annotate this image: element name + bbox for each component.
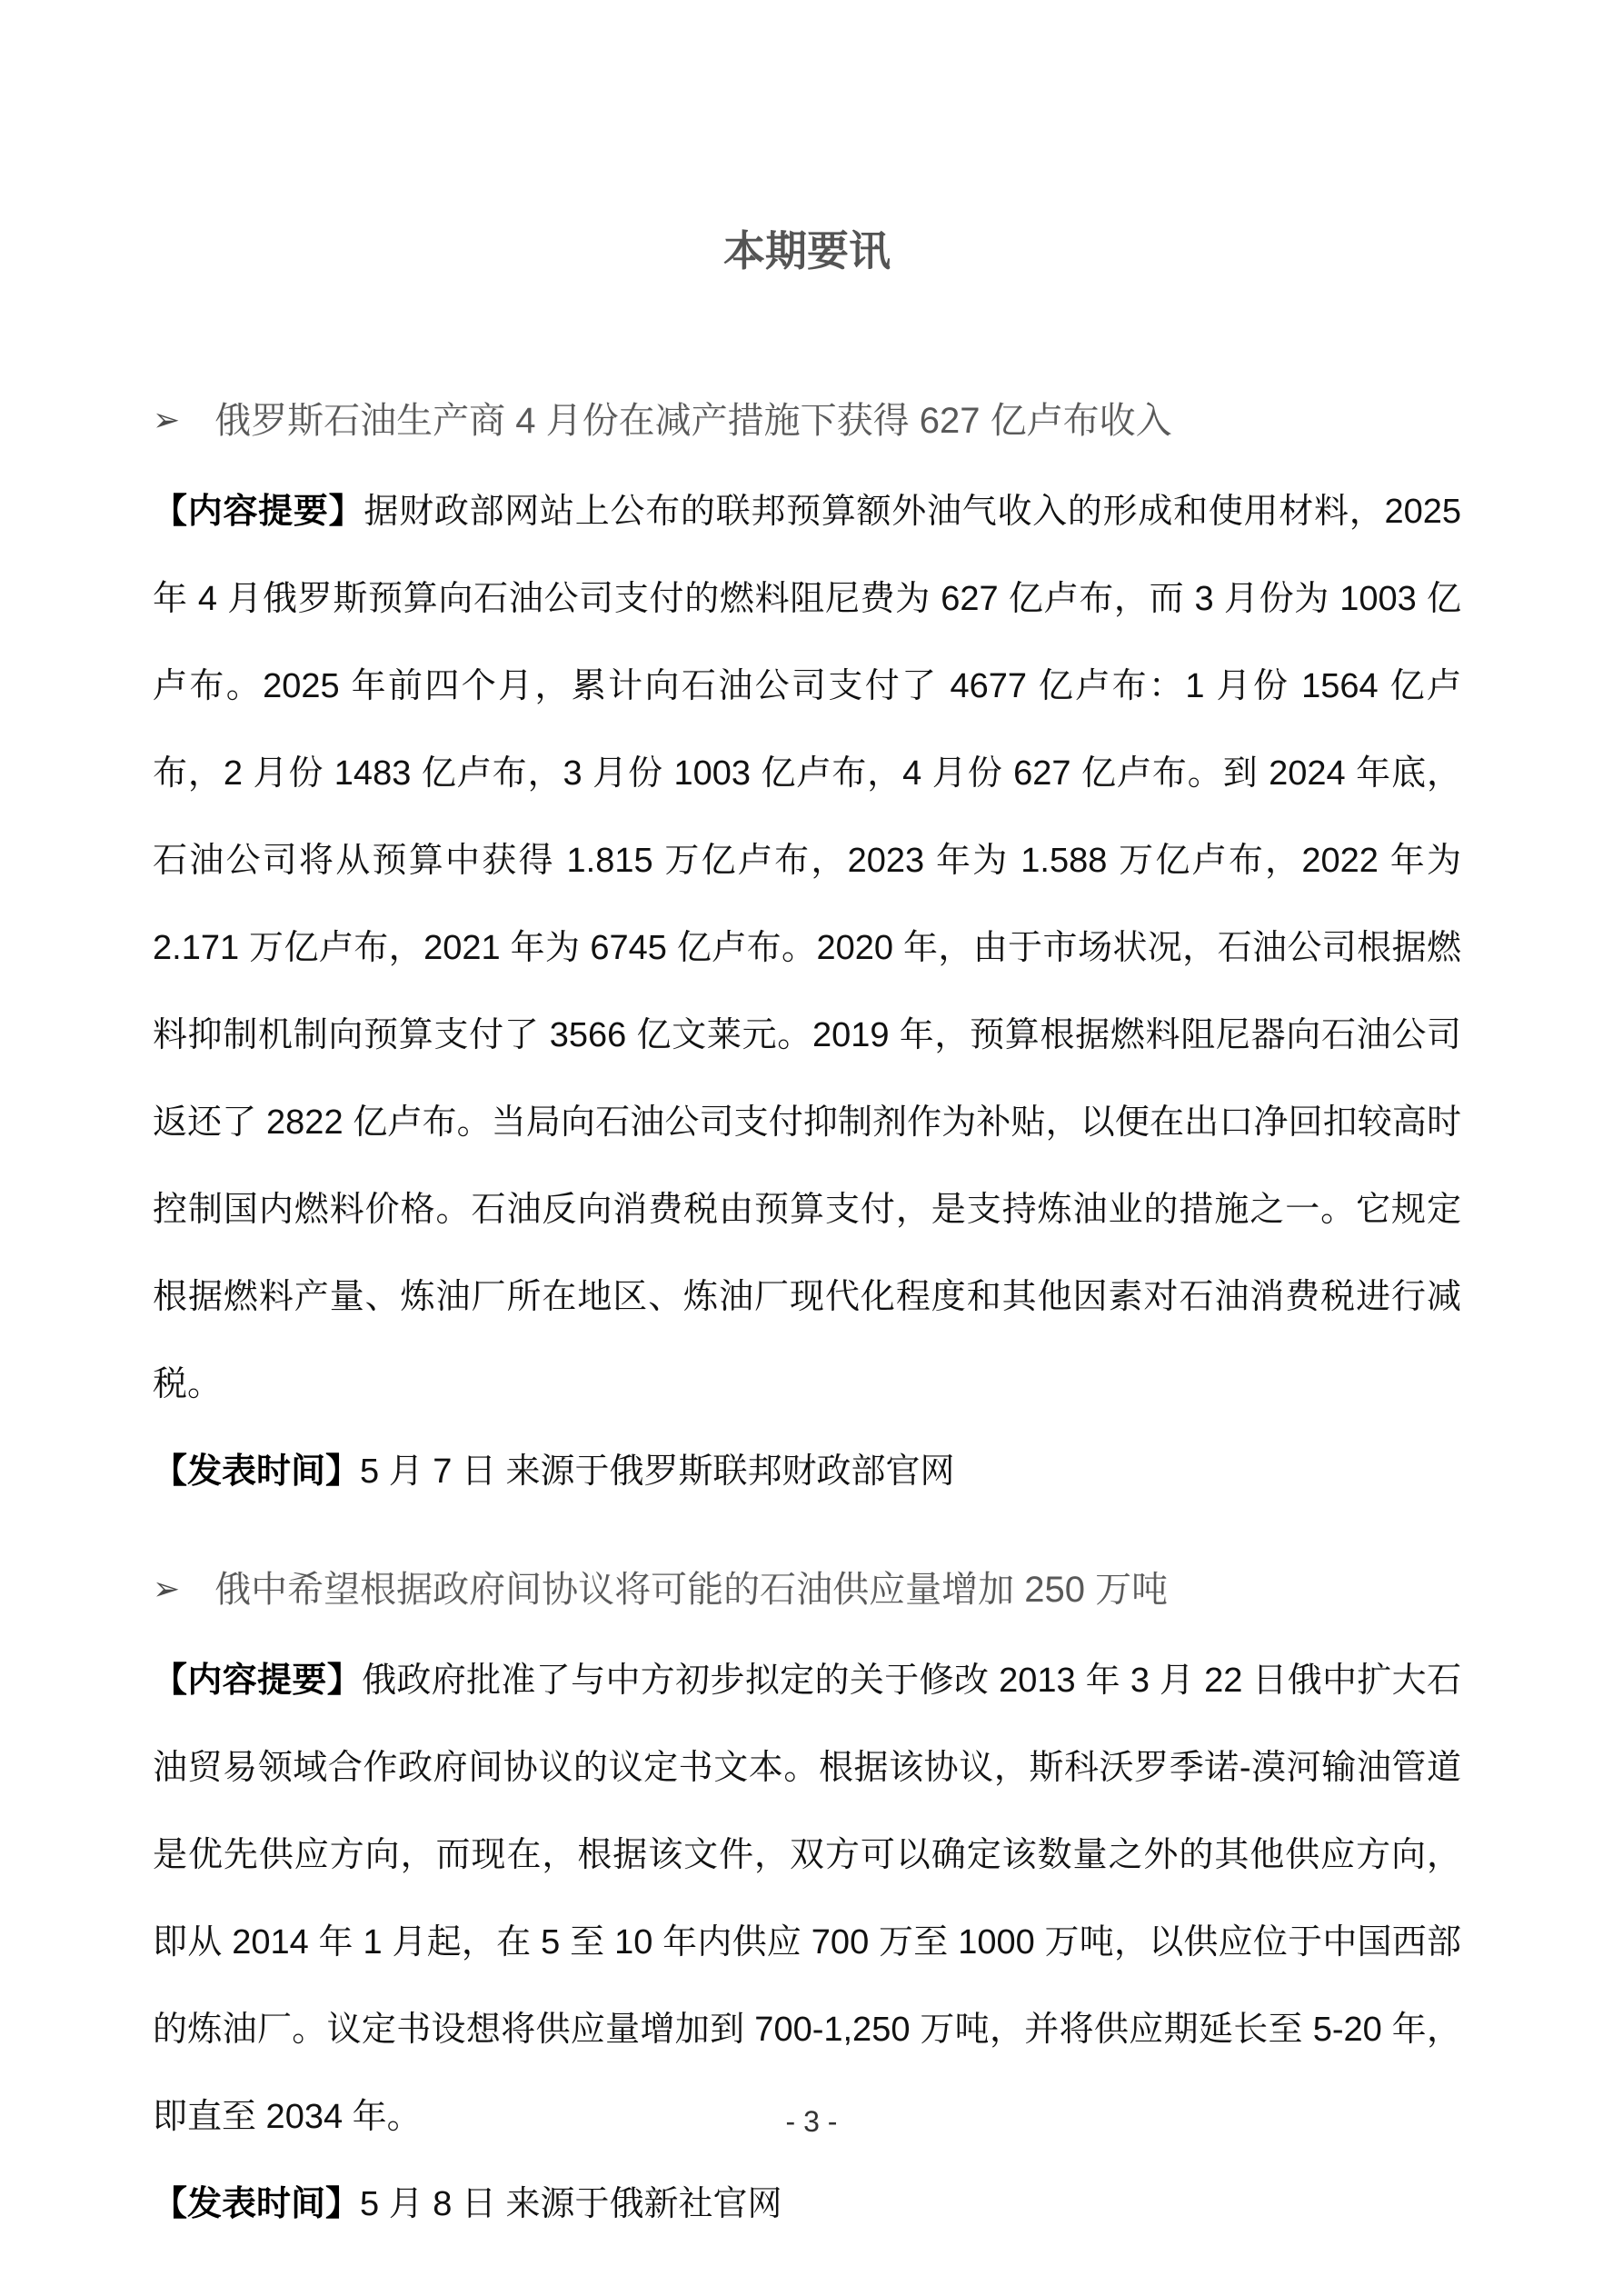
date-line: 【发表时间】5 月 7 日 来源于俄罗斯联邦财政部官网	[153, 1428, 1461, 1515]
date-line: 【发表时间】5 月 8 日 来源于俄新社官网	[153, 2161, 1461, 2248]
document-page: 本期要讯 ➢俄罗斯石油生产商 4 月份在减产措施下获得 627 亿卢布收入 【内…	[0, 0, 1623, 2296]
summary-paragraph: 【内容提要】据财政部网站上公布的联邦预算额外油气收入的形成和使用材料，2025 …	[153, 468, 1461, 1428]
arrow-bullet-icon: ➢	[153, 400, 180, 440]
news-section-1: ➢俄罗斯石油生产商 4 月份在减产措施下获得 627 亿卢布收入 【内容提要】据…	[153, 401, 1461, 1515]
section-heading-text: 俄罗斯石油生产商 4 月份在减产措施下获得 627 亿卢布收入	[214, 401, 1171, 441]
page-title: 本期要讯	[153, 230, 1461, 272]
summary-label: 【内容提要】	[153, 493, 363, 531]
news-section-2: ➢俄中希望根据政府间协议将可能的石油供应量增加 250 万吨 【内容提要】俄政府…	[153, 1570, 1461, 2248]
date-label: 【发表时间】	[153, 2185, 360, 2223]
summary-label: 【内容提要】	[153, 1662, 362, 1700]
section-heading-text: 俄中希望根据政府间协议将可能的石油供应量增加 250 万吨	[214, 1570, 1168, 1610]
date-text: 5 月 8 日 来源于俄新社官网	[360, 2185, 782, 2223]
arrow-bullet-icon: ➢	[153, 1569, 180, 1609]
summary-text: 据财政部网站上公布的联邦预算额外油气收入的形成和使用材料，2025 年 4 月俄…	[153, 493, 1461, 1403]
section-heading-1: ➢俄罗斯石油生产商 4 月份在减产措施下获得 627 亿卢布收入	[153, 401, 1461, 442]
section-heading-2: ➢俄中希望根据政府间协议将可能的石油供应量增加 250 万吨	[153, 1570, 1461, 1611]
summary-paragraph: 【内容提要】俄政府批准了与中方初步拟定的关于修改 2013 年 3 月 22 日…	[153, 1637, 1461, 2161]
date-label: 【发表时间】	[153, 1452, 360, 1491]
date-text: 5 月 7 日 来源于俄罗斯联邦财政部官网	[360, 1452, 955, 1491]
page-number: - 3 -	[0, 2105, 1623, 2139]
summary-text: 俄政府批准了与中方初步拟定的关于修改 2013 年 3 月 22 日俄中扩大石油…	[153, 1662, 1461, 2136]
